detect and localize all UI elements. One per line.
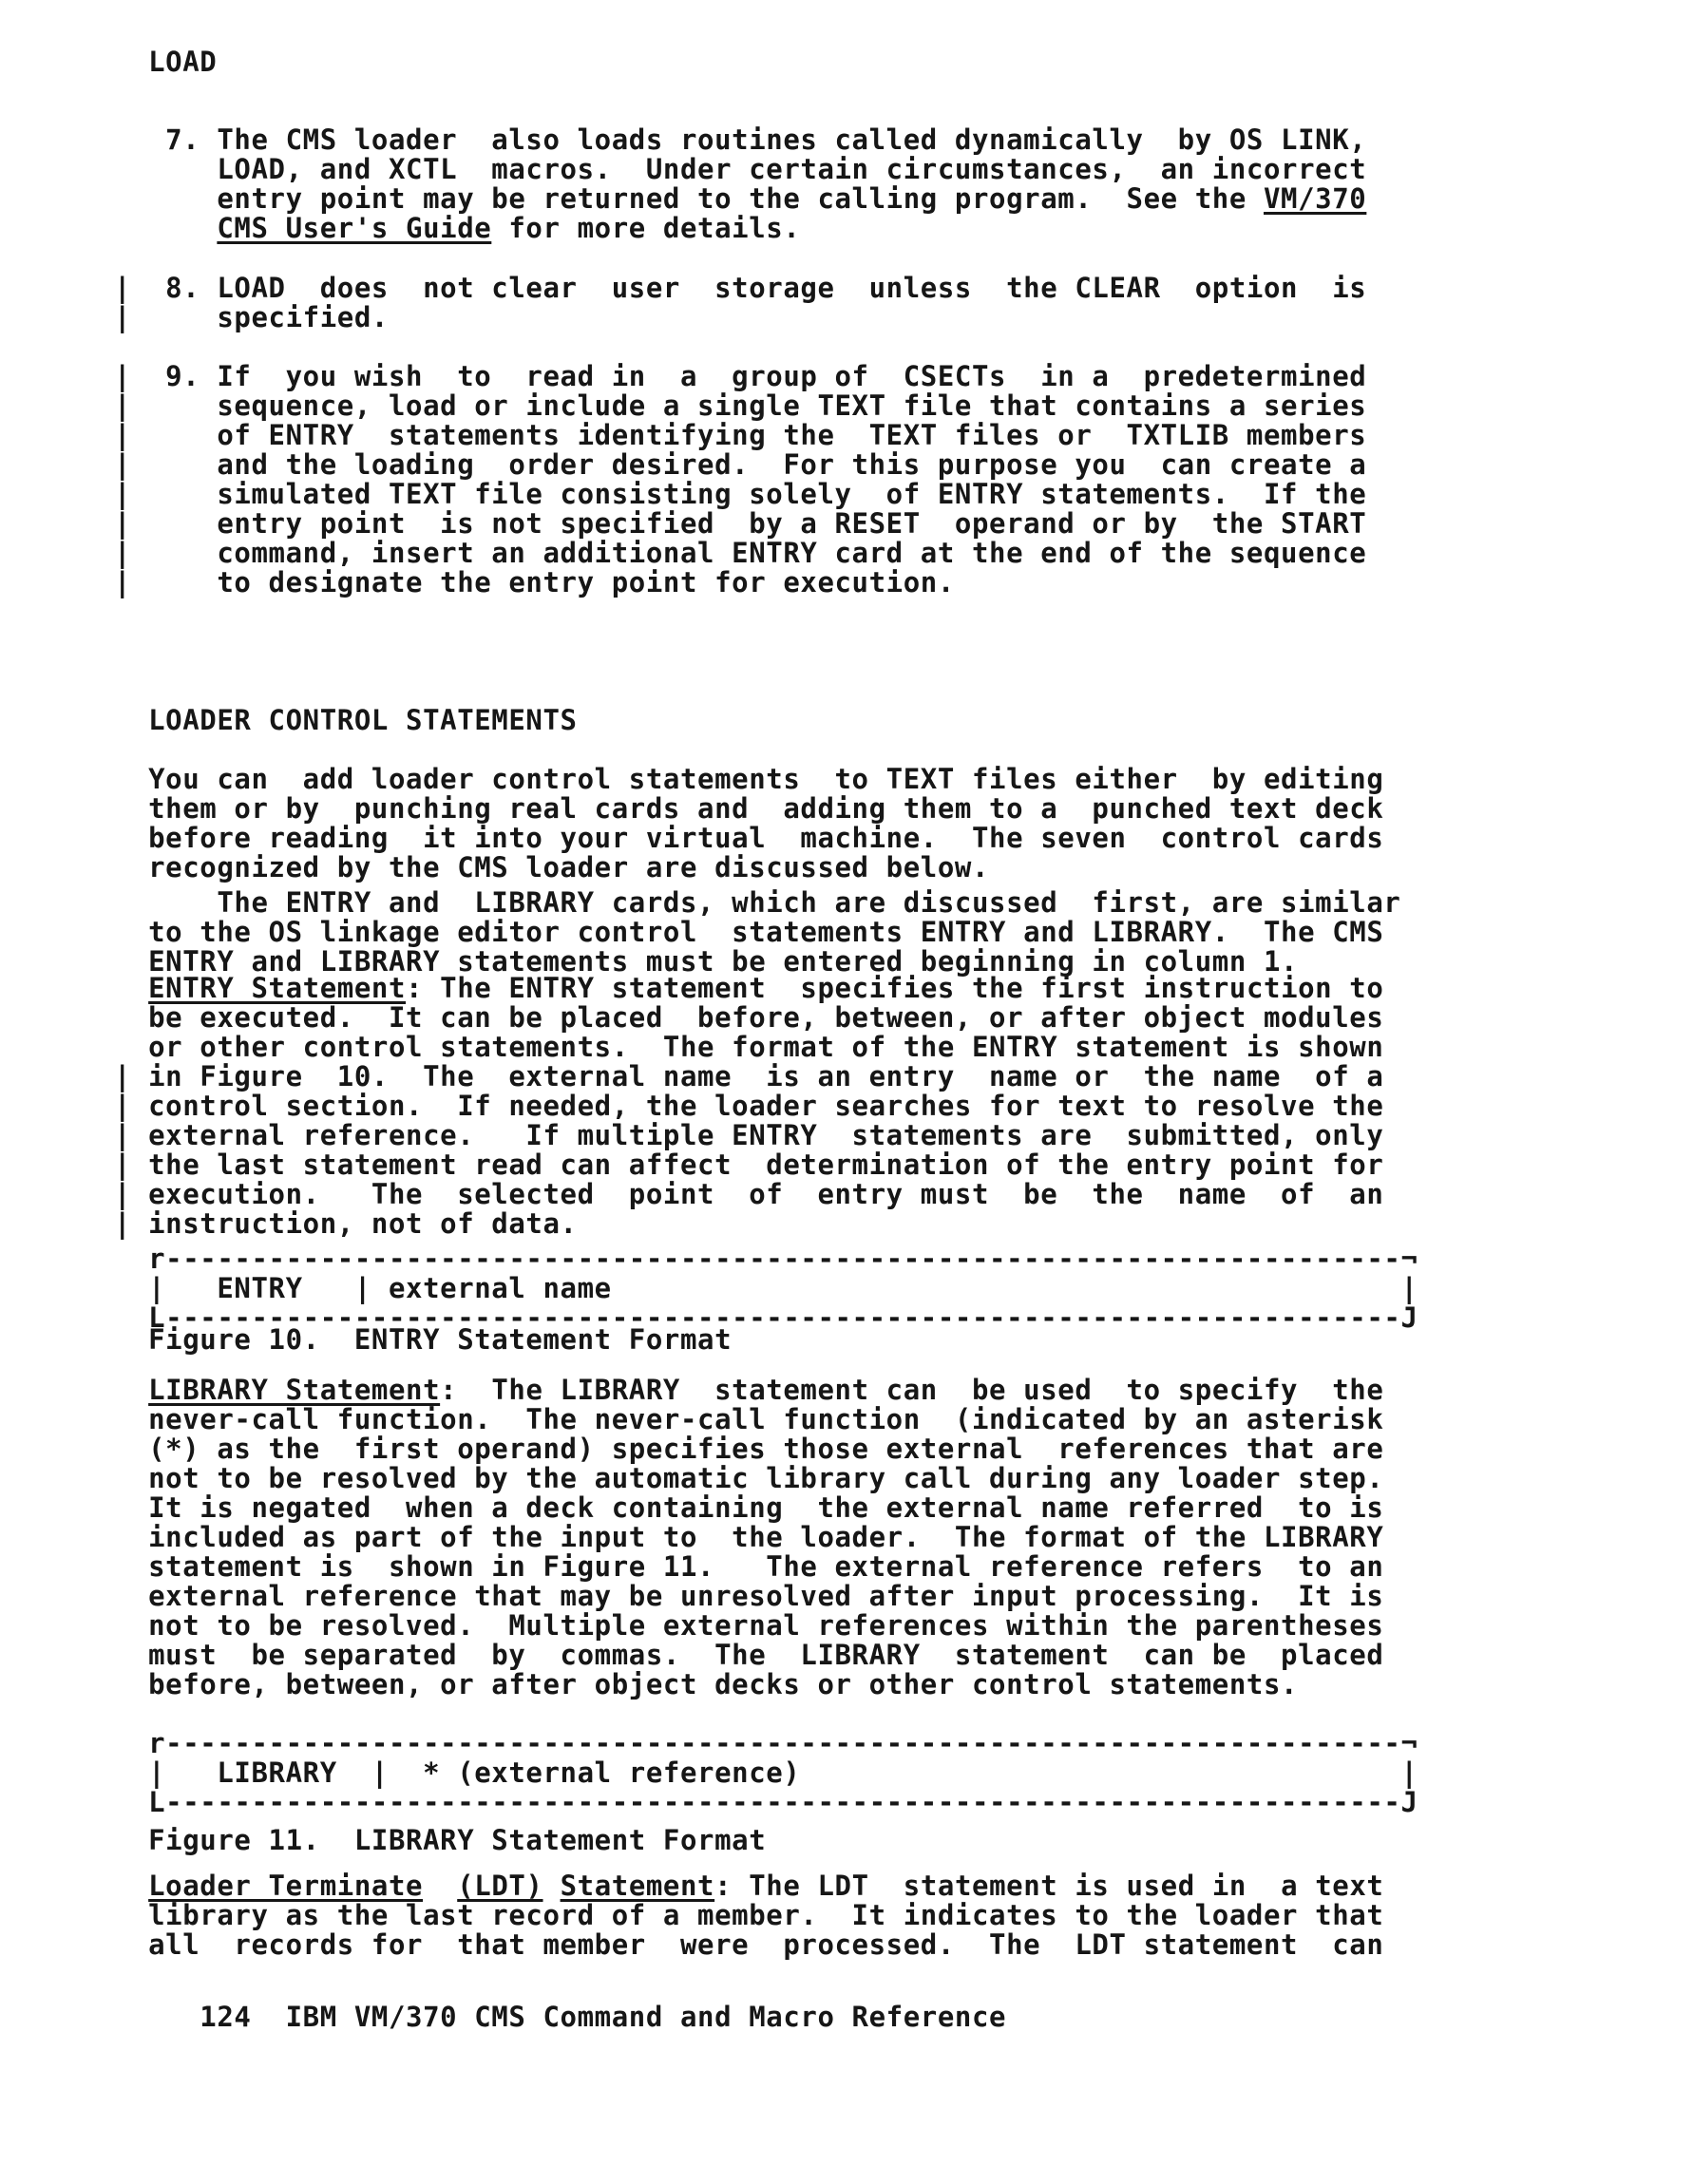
numbered-item-9: | 9. If you wish to read in a group of C…: [114, 362, 1366, 598]
running-header: LOAD: [114, 47, 217, 77]
paragraph-entry-statement: ENTRY Statement: The ENTRY statement spe…: [114, 974, 1383, 1239]
figure-11-caption: Figure 11. LIBRARY Statement Format: [114, 1826, 766, 1855]
paragraph-entry-library-cards: The ENTRY and LIBRARY cards, which are d…: [114, 888, 1400, 977]
paragraph-ldt-statement: Loader Terminate (LDT) Statement: The LD…: [114, 1871, 1383, 1960]
figure-11-box: r---------------------------------------…: [114, 1729, 1418, 1817]
scanned-manual-page: LOAD 7. The CMS loader also loads routin…: [0, 0, 1694, 2184]
figure-10-caption: Figure 10. ENTRY Statement Format: [114, 1325, 732, 1355]
numbered-item-7: 7. The CMS loader also loads routines ca…: [114, 125, 1366, 243]
paragraph-intro: You can add loader control statements to…: [114, 765, 1383, 883]
numbered-item-8: | 8. LOAD does not clear user storage un…: [114, 274, 1366, 332]
section-heading-loader-control-statements: LOADER CONTROL STATEMENTS: [114, 706, 578, 735]
page-footer: 124 IBM VM/370 CMS Command and Macro Ref…: [114, 2003, 1006, 2032]
figure-10-box: r---------------------------------------…: [114, 1244, 1418, 1333]
paragraph-library-statement: LIBRARY Statement: The LIBRARY statement…: [114, 1376, 1383, 1700]
